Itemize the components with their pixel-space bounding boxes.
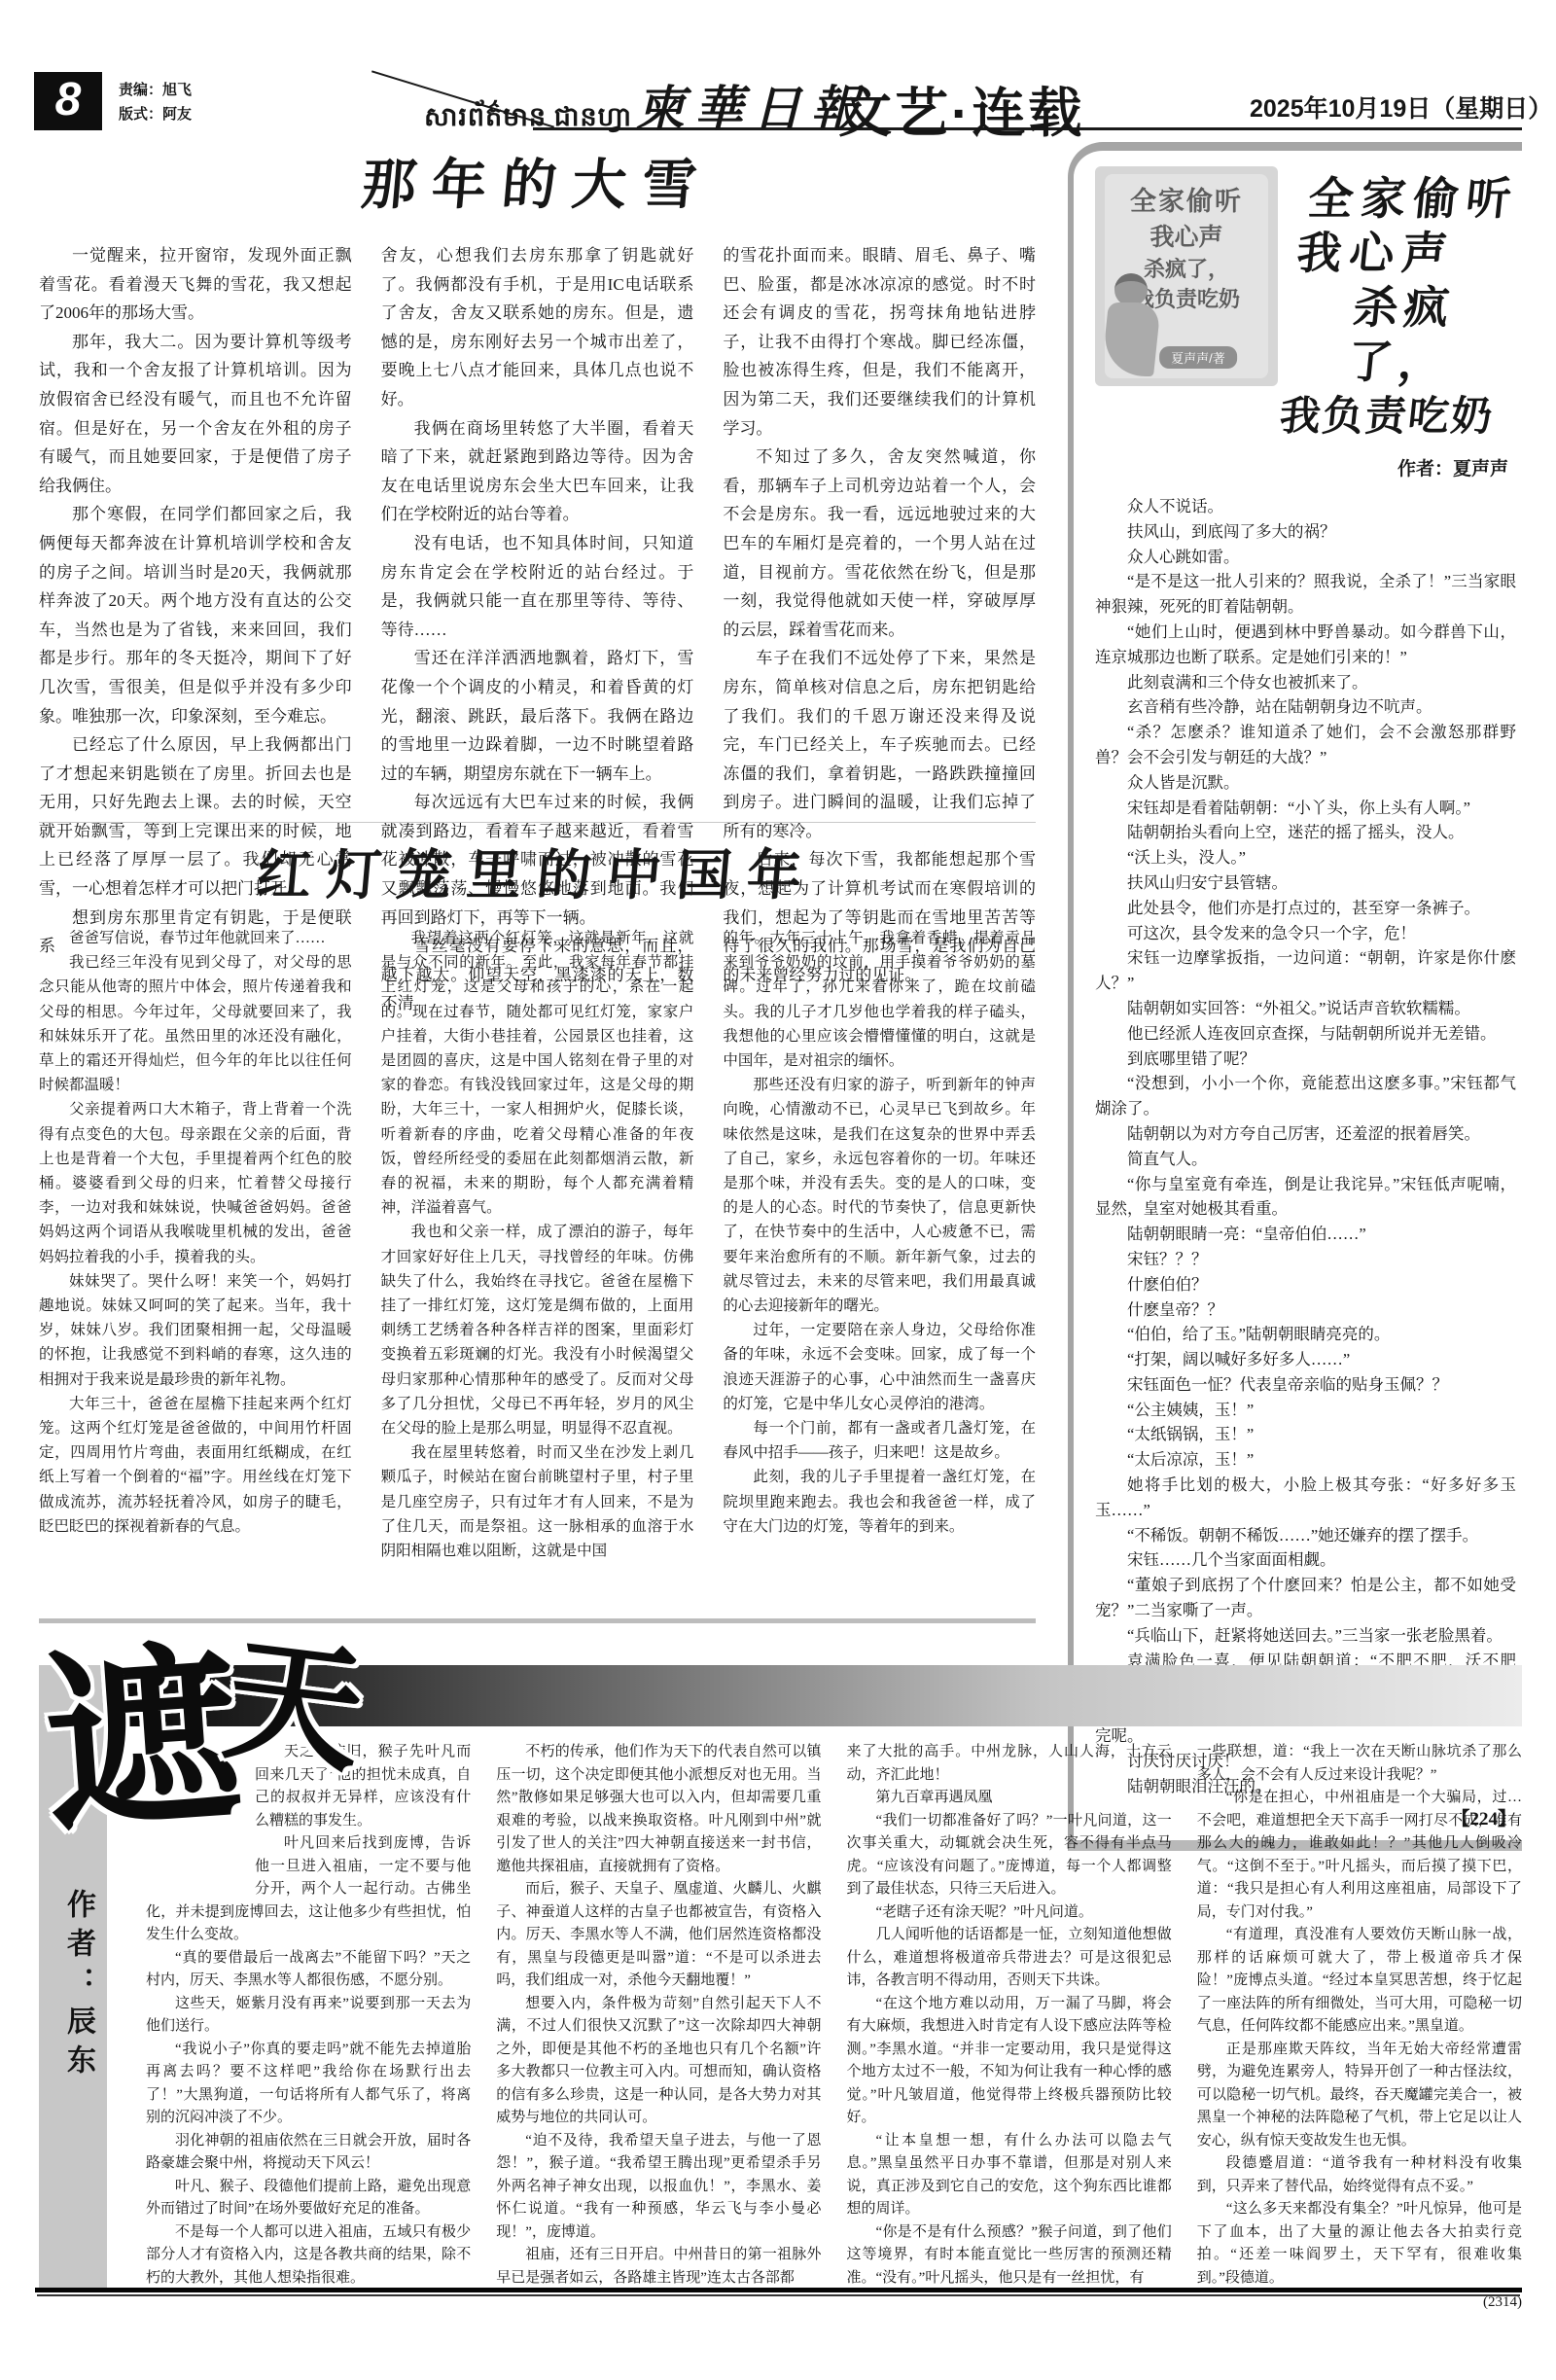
serial-column: 来了大批的高手。中州龙脉，人山人海，十方云动，齐汇此地！第九百章再遇凤凰“我们一…: [847, 1741, 1172, 2315]
paragraph: 大年三十，爸爸在屋檐下挂起来两个红灯笼。这两个红灯笼是爸爸做的，中间用竹杆固定，…: [39, 1392, 352, 1539]
paragraph: 众人不说话。: [1095, 494, 1516, 519]
girl-head: [1114, 273, 1148, 306]
paragraph: “迫不及待，我希望天皇子进去，与他一了恩怨！”，猴子道。“我希望王腾出现”更希望…: [496, 2130, 821, 2245]
paragraph: 扶风山归安宁县管辖。: [1095, 870, 1516, 896]
cover-author-pill: 夏声声/著: [1159, 346, 1237, 369]
page-date: 2025年10月19日（星期日）: [1250, 89, 1552, 124]
article-column: 我望着这两个红灯笼，这就是新年，这就是与众不同的新年。至此，我家每年春节都挂上红…: [381, 926, 694, 1563]
paragraph: 宋钰却是看着陆朝朝：“小丫头，你上头有人啊。”: [1095, 796, 1516, 821]
paragraph: “她们上山时，便遇到林中野兽暴动。如今群兽下山，连京城那边也断了联系。定是她们引…: [1095, 620, 1516, 670]
paragraph: “伯伯，给了玉。”陆朝朝眼睛亮亮的。: [1095, 1322, 1516, 1347]
paragraph: 过年，一定要陪在亲人身边，父母给你准备的年味，永远不会变味。回家，成了每一个浪迹…: [723, 1318, 1036, 1416]
paragraph: 她将手比划的极大，小脸上极其夸张：“好多好多玉玉……”: [1095, 1473, 1516, 1523]
masthead-chinese: 柬華日報: [636, 82, 869, 136]
paragraph: 舍友，心想我们去房东那拿了钥匙就好了。我俩都没有手机，于是用IC电话联系了舍友，…: [381, 241, 694, 414]
paragraph: 玄音稍有些冷静，站在陆朝朝身边不吭声。: [1095, 694, 1516, 720]
book-cover-image: 全家偷听 我心声 杀疯了， 我负责吃奶 夏声声/著: [1095, 166, 1278, 386]
paragraph: 车子在我们不远处停了下来，果然是房东，简单核对信息之后，房东把钥匙给了我们。我们…: [723, 644, 1036, 845]
paragraph: “有道理，真没准有人要效仿天断山脉一战，那样的话麻烦可就大了，带上极道帝兵才保险…: [1197, 1924, 1522, 2039]
paragraph: 祖庙，还有三日开启。中州昔日的第一祖脉外早已是强者如云，各路雄主皆现”连太古各部…: [496, 2244, 821, 2290]
masthead-khmer: សារព័ត៌មាន ជានហ្វា: [424, 102, 632, 131]
paragraph: 众人心跳如雷。: [1095, 545, 1516, 570]
paragraph: “你是在担心，中州祖庙是一个大骗局，过…不会吧，难道想把全天下高手一网打尽不成，…: [1197, 1787, 1522, 1924]
novel-title-line: 全家偷听: [1306, 172, 1531, 227]
paragraph: 我已经三年没有见到父母了，对父母的思念只能从他寄的照片中体会，照片传递着我和父母…: [39, 950, 352, 1097]
paragraph: 陆朝朝以为对方夸自己厉害，还羞涩的抿着唇笑。: [1095, 1121, 1516, 1147]
newspaper-page: 8 责编：旭飞 版式：阿友 សារព័ត៌មាន ជានហ្វា 柬華日報 文艺…: [0, 0, 1556, 2380]
serial-zhetian: 遮天 作者：辰东 天之村依旧，猴子先叶凡而回来几天了”他的担忧未成真，自己的叔叔…: [39, 1659, 1522, 2293]
paragraph: 到底哪里错了呢？: [1095, 1047, 1516, 1072]
article-column: 爸爸写信说，春节过年他就回来了……我已经三年没有见到父母了，对父母的思念只能从他…: [39, 926, 352, 1563]
paragraph: 雪还在洋洋洒洒地飘着，路灯下，雪花像一个个调皮的小精灵，和着昏黄的灯光，翻滚、跳…: [381, 644, 694, 788]
paragraph: 的年。大年三十上午，我拿着香蜡，提着贡品来到爷爷奶奶的坟前，用手摸着爷爷奶奶的墓…: [723, 926, 1036, 1073]
section-title: 文艺·连载: [838, 70, 1084, 147]
paragraph: “老瞎子还有涂天呢？”叶凡问道。: [847, 1901, 1172, 1925]
paragraph: “公主姨姨，玉！”: [1095, 1398, 1516, 1423]
article-lantern-title: 红灯笼里的中国年: [36, 833, 1040, 910]
cover-title-line: 全家偷听: [1095, 180, 1278, 218]
bottom-rule: [35, 2288, 1522, 2294]
paragraph: “董娘子到底拐了个什麽回来？怕是公主，都不如她受宠？”二当家嘶了一声。: [1095, 1573, 1516, 1623]
paragraph: 叶凡、猴子、段德他们提前上路，避免出现意外而错过了时间”在场外要做好充足的准备。: [146, 2176, 471, 2221]
girl-dress: [1101, 302, 1161, 376]
staff-box: 责编：旭飞 版式：阿友: [119, 78, 192, 126]
paragraph: 想要入内，条件极为苛刻”自然引起天下人不满，不过人们很快又沉默了”这一次除却四大…: [496, 1993, 821, 2130]
paragraph: 不是每一个人都可以进入祖庙，五域只有极少部分人才有资格入内，这是各教共商的结果，…: [146, 2221, 471, 2291]
article-column: 的年。大年三十上午，我拿着香蜡，提着贡品来到爷爷奶奶的坟前，用手摸着爷爷奶奶的墓…: [723, 926, 1036, 1563]
paragraph: “真的要借最后一战离去”不能留下吗？”天之村内，厉天、李黑水等人都很伤感，不愿分…: [146, 1947, 471, 1993]
paragraph: 不知过了多久，舍友突然喊道，你看，那辆车子上司机旁边站着一个人，会不会是房东。我…: [723, 443, 1036, 644]
paragraph: 扶风山，到底闯了多大的祸？: [1095, 519, 1516, 545]
article-lantern-columns: 爸爸写信说，春节过年他就回来了……我已经三年没有见到父母了，对父母的思念只能从他…: [39, 926, 1036, 1563]
paragraph: “我们一切都准备好了吗？”一叶凡问道，这一次事关重大，动辄就会决生死，容不得有半…: [847, 1810, 1172, 1901]
paragraph: 宋钰面色一怔？代表皇帝亲临的贴身玉佩？？: [1095, 1372, 1516, 1398]
paragraph: 而后，猴子、天皇子、凰虚道、火麟儿、火麒子、神蚕道人这样的古皇子也都被宣告，有资…: [496, 1878, 821, 1993]
paragraph: 宋钰……几个当家面面相觑。: [1095, 1547, 1516, 1573]
paragraph: 这些天，姬紫月没有再来”说要到那一天去为他们送行。: [146, 1993, 471, 2039]
girl-illustration: [1101, 273, 1161, 380]
serial-column-text: 一些联想，道：“我上一次在天断山脉坑杀了那么多人，会不会有人反过来设计我呢？”“…: [1197, 1741, 1522, 2290]
paragraph: 众人皆是沉默。: [1095, 770, 1516, 796]
paragraph: “让本皇想一想，有什么办法可以隐去气息。”黑皇虽然平日办事不靠谱，但那是对别人来…: [847, 2130, 1172, 2221]
paragraph: 什麽伯伯？: [1095, 1272, 1516, 1297]
article-lantern: 红灯笼里的中国年 爸爸写信说，春节过年他就回来了……我已经三年没有见到父母了，对…: [39, 833, 1036, 1563]
paragraph: “杀？怎麽杀？谁知道杀了她们，会不会激怒那群野兽？会不会引发与朝廷的大战？”: [1095, 720, 1516, 770]
novel-title-line: 我负责吃奶: [1277, 390, 1507, 444]
layout-credit: 版式：阿友: [119, 102, 192, 126]
paragraph: “你是不是有什么预感？”猴子问道，到了他们这等境界，有时本能直觉比一些厉害的预测…: [847, 2221, 1172, 2291]
paragraph: 每一个门前，都有一盏或者几盏灯笼，在春风中招手——孩子，归来吧！这是故乡。: [723, 1416, 1036, 1465]
paragraph: 一觉醒来，拉开窗帘，发现外面正飘着雪花。看着漫天飞舞的雪花，我又想起了2006年…: [39, 241, 352, 328]
paragraph: 正是那座欺天阵纹，当年无始大帝经常遭雷劈，为避免连累旁人，特异开创了一种古怪法纹…: [1197, 2039, 1522, 2153]
paragraph: “兵临山下，赶紧将她送回去。”三当家一张老脸黑着。: [1095, 1623, 1516, 1649]
paragraph: “没想到，小小一个你，竟能惹出这麽多事。”宋钰都气煳涂了。: [1095, 1071, 1516, 1121]
article-snow-title: 那年的大雪: [36, 142, 1040, 220]
paragraph: 我俩在商场里转悠了大半圈，看着天暗了下来，就赶紧跑到路边等待。因为舍友在电话里说…: [381, 414, 694, 529]
paragraph: “你与皇室竟有牵连，倒是让我诧异。”宋钰低声呢喃，显然，皇室对她极其看重。: [1095, 1172, 1516, 1223]
paragraph: 陆朝朝抬头看向上空，迷茫的摇了摇头，没人。: [1095, 820, 1516, 845]
section-divider: [39, 1618, 1036, 1623]
paragraph: “打架，阔以喊好多好多人……”: [1095, 1347, 1516, 1372]
serial-column: 不朽的传承，他们作为天下的代表自然可以镇压一切，这个决定即便其他小派想反对也无用…: [496, 1741, 821, 2315]
paragraph: 陆朝朝眼睛一亮：“皇帝伯伯……”: [1095, 1222, 1516, 1247]
paragraph: 一些联想，道：“我上一次在天断山脉坑杀了那么多人，会不会有人反过来设计我呢？”: [1197, 1741, 1522, 1787]
logo-char: 天: [218, 1632, 370, 1784]
paragraph: 羽化神朝的祖庙依然在三日就会开放，届时各路豪雄会聚中州，将搅动天下风云！: [146, 2130, 471, 2176]
paragraph: 宋钰一边摩挲扳指，一边问道：“朝朝，许家是你什麽人？”: [1095, 945, 1516, 996]
paragraph: 几人闻听他的话语都是一怔，立刻知道他想做什么，难道想将极道帝兵带进去？可是这很犯…: [847, 1924, 1172, 1993]
paragraph: “在这个地方难以动用，万一漏了马脚，将会有大麻烦，我想进入时肯定有人设下感应法阵…: [847, 1993, 1172, 2130]
paragraph: 那个寒假，在同学们都回家之后，我俩便每天都奔波在计算机培训学校和舍友的房子之间。…: [39, 500, 352, 730]
novel-title: 全家偷听 我心声 杀疯了， 我负责吃奶: [1277, 166, 1531, 444]
paragraph: 没有电话，也不知具体时间，只知道房东肯定会在学校附近的站台经过。于是，我俩就只能…: [381, 529, 694, 644]
paragraph: “是不是这一批人引来的？照我说，全杀了！”三当家眼神狠辣，死死的盯着陆朝朝。: [1095, 569, 1516, 620]
serial-column: 一些联想，道：“我上一次在天断山脉坑杀了那么多人，会不会有人反过来设计我呢？”“…: [1197, 1741, 1522, 2315]
paragraph: “沃上头，没人。”: [1095, 845, 1516, 870]
sidebar-novel: 全家偷听 我心声 杀疯了， 我负责吃奶 夏声声/著 全家偷听 我心声 杀疯了， …: [1068, 142, 1522, 1851]
paragraph: “这么多天来都没有集全？”叶凡惊异，他可是下了血本，出了大量的源让他去各大拍卖行…: [1197, 2198, 1522, 2290]
cover-title-line: 我心声: [1095, 218, 1278, 253]
paragraph: 爸爸写信说，春节过年他就回来了……: [39, 926, 352, 950]
paragraph: 此刻袁满和三个侍女也被抓来了。: [1095, 670, 1516, 695]
paragraph: 可这次，县令发来的急令只一个字，危！: [1095, 921, 1516, 946]
paragraph: 段德蹙眉道：“道爷我有一种材料没有收集到，只弄来了替代品，始终觉得有点不妥。”: [1197, 2152, 1522, 2198]
paragraph: 不朽的传承，他们作为天下的代表自然可以镇压一切，这个决定即便其他小派想反对也无用…: [496, 1741, 821, 1878]
paragraph: 父亲提着两口大木箱子，背上背着一个洗得有点变色的大包。母亲跟在父亲的后面，背上也…: [39, 1097, 352, 1268]
paragraph: 的雪花扑面而来。眼睛、眉毛、鼻子、嘴巴、脸蛋，都是冰冰凉凉的感觉。时不时还会有调…: [723, 241, 1036, 443]
paragraph: 此刻，我的儿子手里提着一盏红灯笼，在院坝里跑来跑去。我也会和我爸爸一样，成了守在…: [723, 1465, 1036, 1539]
paragraph: 那些还没有归家的游子，听到新年的钟声向晚，心情激动不已，心灵早已飞到故乡。年味依…: [723, 1073, 1036, 1318]
serial-end-mark: (2314): [1197, 2291, 1522, 2315]
paragraph: “太纸锅锅，玉！”: [1095, 1422, 1516, 1447]
novel-author: 作者：夏声声: [1095, 454, 1508, 480]
editor-credit: 责编：旭飞: [119, 78, 192, 102]
logo-char: 遮: [38, 1639, 245, 1846]
page-number-badge: 8: [34, 72, 102, 130]
paragraph: 什麽皇帝？？: [1095, 1297, 1516, 1323]
novel-title-line: 我心声: [1294, 227, 1525, 281]
novel-title-line: 杀疯了，: [1345, 281, 1519, 390]
paragraph: “不稀饭。朝朝不稀饭……”她还嫌弃的摆了摆手。: [1095, 1523, 1516, 1548]
sidebar-top: 全家偷听 我心声 杀疯了， 我负责吃奶 夏声声/著 全家偷听 我心声 杀疯了， …: [1095, 166, 1516, 444]
paragraph: 陆朝朝如实回答：“外祖父。”说话声音软软糯糯。: [1095, 996, 1516, 1021]
paragraph: 来了大批的高手。中州龙脉，人山人海，十方云动，齐汇此地！: [847, 1741, 1172, 1787]
paragraph: 他已经派人连夜回京查探，与陆朝朝所说并无差错。: [1095, 1021, 1516, 1047]
paragraph: 我望着这两个红灯笼，这就是新年，这就是与众不同的新年。至此，我家每年春节都挂上红…: [381, 926, 694, 1220]
paragraph: 我在屋里转悠着，时而又坐在沙发上剥几颗瓜子，时候站在窗台前眺望村子里，村子里是几…: [381, 1440, 694, 1563]
article-divider: [39, 822, 1036, 823]
serial-logo: 遮天: [45, 1646, 362, 1840]
paragraph: 妹妹哭了。哭什么呀！来笑一个，妈妈打趣地说。妹妹又呵呵的笑了起来。当年，我十岁，…: [39, 1269, 352, 1392]
paragraph: 宋钰？？？: [1095, 1247, 1516, 1272]
paragraph: 第九百章再遇凤凰: [847, 1787, 1172, 1810]
paragraph: 我也和父亲一样，成了漂泊的游子，每年才回家好好住上几天，寻找曾经的年味。仿佛缺失…: [381, 1220, 694, 1440]
serial-author: 作者：辰东: [56, 1889, 99, 2083]
paragraph: “太后凉凉，玉！”: [1095, 1447, 1516, 1473]
novel-body: 众人不说话。扶风山，到底闯了多大的祸？众人心跳如雷。“是不是这一批人引来的？照我…: [1095, 494, 1516, 1798]
paragraph: 此处县令，他们亦是打点过的，甚至穿一条裤子。: [1095, 896, 1516, 921]
paragraph: 那年，我大二。因为要计算机等级考试，我和一个舍友报了计算机培训。因为放假宿舍已经…: [39, 328, 352, 501]
paragraph: 简直气人。: [1095, 1147, 1516, 1172]
masthead: សារព័ត៌មាន ជានហ្វា 柬華日報: [418, 70, 875, 140]
paragraph: “我说小子”你真的要走吗”就不能先去掉道胎再离去吗？要不这样吧”我给你在场默行出…: [146, 2039, 471, 2130]
